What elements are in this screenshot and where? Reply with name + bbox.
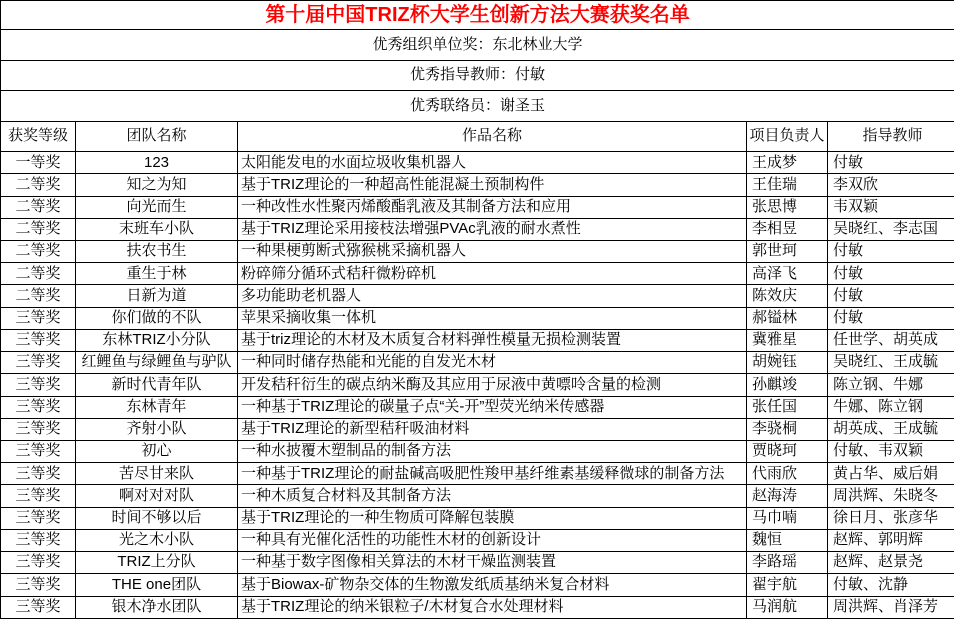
team-name-cell: 红鲤鱼与绿鲤鱼与驴队 [76,352,238,374]
column-header-leader: 项目负责人 [747,121,828,152]
table-row: 三等奖初心一种水披覆木塑制品的制备方法贾晓珂付敏、韦双颖 [1,441,954,463]
table-row: 三等奖THE one团队基于Biowax-矿物杂交体的生物激发纸质基纳米复合材料… [1,574,954,596]
team-name-cell: THE one团队 [76,574,238,596]
teacher-cell: 付敏、韦双颖 [828,441,954,463]
table-row: 三等奖啊对对对队一种木质复合材料及其制备方法赵海涛周洪辉、朱晓冬 [1,485,954,507]
award-level-cell: 三等奖 [1,529,76,551]
work-title-cell: 基于TRIZ理论的纳米银粒子/木材复合水处理材料 [238,596,747,618]
team-name-cell: 银木净水团队 [76,596,238,618]
award-level-cell: 二等奖 [1,241,76,263]
work-title-cell: 一种水披覆木塑制品的制备方法 [238,441,747,463]
team-name-cell: 苦尽甘来队 [76,463,238,485]
award-level-cell: 一等奖 [1,152,76,174]
work-title-cell: 一种具有光催化活性的功能性木材的创新设计 [238,529,747,551]
work-title-cell: 基于Biowax-矿物杂交体的生物激发纸质基纳米复合材料 [238,574,747,596]
work-title-cell: 粉碎筛分循环式秸秆微粉碎机 [238,263,747,285]
teacher-cell: 付敏 [828,285,954,307]
teacher-cell: 韦双颖 [828,196,954,218]
leader-cell: 马润航 [747,596,828,618]
team-name-cell: TRIZ上分队 [76,552,238,574]
team-name-cell: 光之木小队 [76,529,238,551]
teacher-cell: 陈立钢、牛娜 [828,374,954,396]
leader-cell: 翟宇航 [747,574,828,596]
leader-cell: 高泽飞 [747,263,828,285]
award-level-cell: 三等奖 [1,596,76,618]
team-name-cell: 啊对对对队 [76,485,238,507]
team-name-cell: 末班车小队 [76,218,238,240]
work-title-cell: 基于TRIZ理论的新型秸秆吸油材料 [238,418,747,440]
work-title-cell: 太阳能发电的水面垃圾收集机器人 [238,152,747,174]
column-header-team-name: 团队名称 [76,121,238,152]
table-row: 二等奖重生于林粉碎筛分循环式秸秆微粉碎机高泽飞付敏 [1,263,954,285]
award-level-cell: 三等奖 [1,507,76,529]
leader-cell: 贾晓珂 [747,441,828,463]
team-name-cell: 齐射小队 [76,418,238,440]
title-row: 第十届中国TRIZ杯大学生创新方法大赛获奖名单 [1,1,954,30]
table-header-row: 获奖等级 团队名称 作品名称 项目负责人 指导教师 [1,121,954,152]
table-row: 三等奖你们做的不队苹果采摘收集一体机郝镒林付敏 [1,307,954,329]
teacher-cell: 黄占华、威后娟 [828,463,954,485]
team-name-cell: 东林青年 [76,396,238,418]
leader-cell: 陈效庆 [747,285,828,307]
work-title-cell: 一种基于数字图像相关算法的木材干燥监测装置 [238,552,747,574]
teacher-cell: 吴晓红、李志国 [828,218,954,240]
table-row: 三等奖光之木小队一种具有光催化活性的功能性木材的创新设计魏恒赵辉、郭明辉 [1,529,954,551]
liaison-text: 优秀联络员：谢圣玉 [1,91,954,121]
work-title-cell: 多功能助老机器人 [238,285,747,307]
table-row: 二等奖末班车小队基于TRIZ理论采用接枝法增强PVAc乳液的耐水煮性李相昱吴晓红… [1,218,954,240]
teacher-cell: 付敏 [828,307,954,329]
team-name-cell: 初心 [76,441,238,463]
work-title-cell: 苹果采摘收集一体机 [238,307,747,329]
column-header-award-level: 获奖等级 [1,121,76,152]
info-row-liaison: 优秀联络员：谢圣玉 [1,91,954,121]
teacher-cell: 周洪辉、朱晓冬 [828,485,954,507]
work-title-cell: 基于TRIZ理论采用接枝法增强PVAc乳液的耐水煮性 [238,218,747,240]
table-row: 三等奖新时代青年队开发秸秆衍生的碳点纳米酶及其应用于尿液中黄嘌呤含量的检测孙麒竣… [1,374,954,396]
award-level-cell: 二等奖 [1,285,76,307]
table-row: 三等奖红鲤鱼与绿鲤鱼与驴队一种同时储存热能和光能的自发光木材胡婉钰吴晓红、王成毓 [1,352,954,374]
leader-cell: 张任国 [747,396,828,418]
awards-table: 第十届中国TRIZ杯大学生创新方法大赛获奖名单 优秀组织单位奖：东北林业大学 优… [0,0,954,619]
leader-cell: 王佳瑞 [747,174,828,196]
teacher-cell: 付敏 [828,241,954,263]
leader-cell: 孙麒竣 [747,374,828,396]
outstanding-teacher-text: 优秀指导教师：付敏 [1,60,954,90]
teacher-cell: 周洪辉、肖泽芳 [828,596,954,618]
teacher-cell: 付敏 [828,152,954,174]
leader-cell: 代雨欣 [747,463,828,485]
award-level-cell: 三等奖 [1,574,76,596]
teacher-cell: 徐日月、张彦华 [828,507,954,529]
table-row: 三等奖TRIZ上分队一种基于数字图像相关算法的木材干燥监测装置李路瑶赵辉、赵景尧 [1,552,954,574]
table-row: 二等奖日新为道多功能助老机器人陈效庆付敏 [1,285,954,307]
leader-cell: 马巾喃 [747,507,828,529]
team-name-cell: 重生于林 [76,263,238,285]
work-title-cell: 开发秸秆衍生的碳点纳米酶及其应用于尿液中黄嘌呤含量的检测 [238,374,747,396]
organization-award-text: 优秀组织单位奖：东北林业大学 [1,30,954,60]
leader-cell: 胡婉钰 [747,352,828,374]
teacher-cell: 付敏 [828,263,954,285]
work-title-cell: 一种基于TRIZ理论的碳量子点“关-开”型荧光纳米传感器 [238,396,747,418]
teacher-cell: 牛娜、陈立钢 [828,396,954,418]
info-row-organization-award: 优秀组织单位奖：东北林业大学 [1,30,954,60]
team-name-cell: 时间不够以后 [76,507,238,529]
award-level-cell: 三等奖 [1,352,76,374]
award-level-cell: 三等奖 [1,441,76,463]
table-row: 三等奖银木净水团队基于TRIZ理论的纳米银粒子/木材复合水处理材料马润航周洪辉、… [1,596,954,618]
table-row: 三等奖时间不够以后基于TRIZ理论的一种生物质可降解包装膜马巾喃徐日月、张彦华 [1,507,954,529]
leader-cell: 赵海涛 [747,485,828,507]
leader-cell: 张思博 [747,196,828,218]
teacher-cell: 李双欣 [828,174,954,196]
leader-cell: 李骁桐 [747,418,828,440]
award-level-cell: 三等奖 [1,307,76,329]
team-name-cell: 你们做的不队 [76,307,238,329]
page-title: 第十届中国TRIZ杯大学生创新方法大赛获奖名单 [1,1,954,30]
leader-cell: 李路瑶 [747,552,828,574]
work-title-cell: 基于TRIZ理论的一种生物质可降解包装膜 [238,507,747,529]
award-level-cell: 二等奖 [1,174,76,196]
column-header-work-title: 作品名称 [238,121,747,152]
team-name-cell: 东林TRIZ小分队 [76,329,238,351]
award-level-cell: 三等奖 [1,463,76,485]
award-level-cell: 二等奖 [1,218,76,240]
award-level-cell: 三等奖 [1,552,76,574]
work-title-cell: 一种基于TRIZ理论的耐盐碱高吸肥性羧甲基纤维素基缓释微球的制备方法 [238,463,747,485]
team-name-cell: 扶农书生 [76,241,238,263]
teacher-cell: 吴晓红、王成毓 [828,352,954,374]
team-name-cell: 知之为知 [76,174,238,196]
table-row: 三等奖苦尽甘来队一种基于TRIZ理论的耐盐碱高吸肥性羧甲基纤维素基缓释微球的制备… [1,463,954,485]
team-name-cell: 新时代青年队 [76,374,238,396]
table-row: 三等奖齐射小队基于TRIZ理论的新型秸秆吸油材料李骁桐胡英成、王成毓 [1,418,954,440]
award-level-cell: 三等奖 [1,329,76,351]
awards-rows: 一等奖123太阳能发电的水面垃圾收集机器人王成梦付敏二等奖知之为知基于TRIZ理… [1,152,954,619]
table-row: 二等奖向光而生一种改性水性聚丙烯酸酯乳液及其制备方法和应用张思博韦双颖 [1,196,954,218]
table-row: 三等奖东林TRIZ小分队基于triz理论的木材及木质复合材料弹性模量无损检测装置… [1,329,954,351]
table-row: 二等奖扶农书生一种果梗剪断式猕猴桃采摘机器人郭世珂付敏 [1,241,954,263]
award-level-cell: 三等奖 [1,485,76,507]
award-level-cell: 三等奖 [1,374,76,396]
leader-cell: 王成梦 [747,152,828,174]
leader-cell: 李相昱 [747,218,828,240]
leader-cell: 郝镒林 [747,307,828,329]
column-header-teacher: 指导教师 [828,121,954,152]
table-row: 二等奖知之为知基于TRIZ理论的一种超高性能混凝土预制构件王佳瑞李双欣 [1,174,954,196]
leader-cell: 郭世珂 [747,241,828,263]
work-title-cell: 一种改性水性聚丙烯酸酯乳液及其制备方法和应用 [238,196,747,218]
leader-cell: 冀雅星 [747,329,828,351]
work-title-cell: 一种果梗剪断式猕猴桃采摘机器人 [238,241,747,263]
teacher-cell: 赵辉、郭明辉 [828,529,954,551]
team-name-cell: 123 [76,152,238,174]
work-title-cell: 基于TRIZ理论的一种超高性能混凝土预制构件 [238,174,747,196]
team-name-cell: 日新为道 [76,285,238,307]
work-title-cell: 一种木质复合材料及其制备方法 [238,485,747,507]
info-row-outstanding-teacher: 优秀指导教师：付敏 [1,60,954,90]
teacher-cell: 任世学、胡英成 [828,329,954,351]
teacher-cell: 赵辉、赵景尧 [828,552,954,574]
leader-cell: 魏恒 [747,529,828,551]
teacher-cell: 付敏、沈静 [828,574,954,596]
work-title-cell: 基于triz理论的木材及木质复合材料弹性模量无损检测装置 [238,329,747,351]
team-name-cell: 向光而生 [76,196,238,218]
award-level-cell: 二等奖 [1,196,76,218]
award-level-cell: 三等奖 [1,418,76,440]
table-row: 一等奖123太阳能发电的水面垃圾收集机器人王成梦付敏 [1,152,954,174]
work-title-cell: 一种同时储存热能和光能的自发光木材 [238,352,747,374]
award-level-cell: 三等奖 [1,396,76,418]
table-row: 三等奖东林青年一种基于TRIZ理论的碳量子点“关-开”型荧光纳米传感器张任国牛娜… [1,396,954,418]
award-level-cell: 二等奖 [1,263,76,285]
teacher-cell: 胡英成、王成毓 [828,418,954,440]
